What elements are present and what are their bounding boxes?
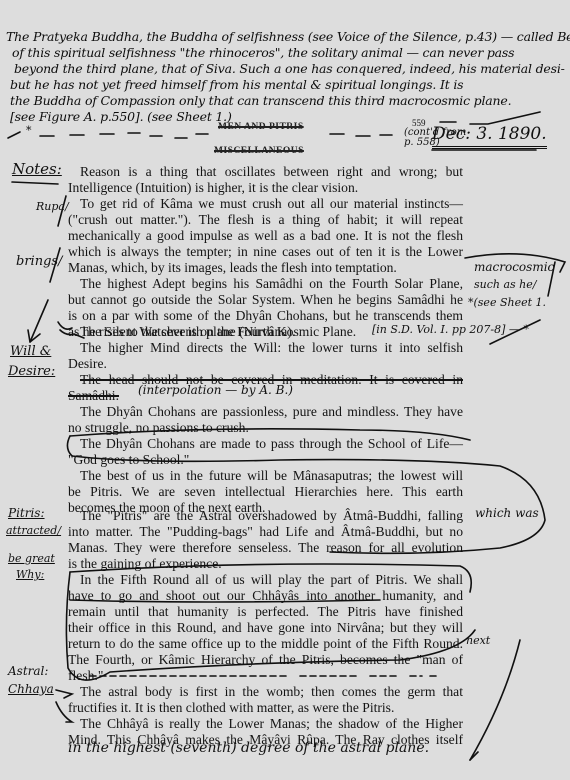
margin-note-be-great: be great (8, 552, 55, 565)
margin-note-macrocosmic: macrocosmic (474, 260, 554, 274)
paragraph-school-of-life: The Dhyân Chohans are made to pass throu… (68, 436, 463, 468)
text-line: but cannot go outside the Solar System. … (68, 292, 463, 308)
margin-note-rupa: Rupa/ (36, 200, 69, 213)
text-line: no struggle, no passions to crush. (68, 420, 463, 436)
margin-note-chhaya: Chhaya (8, 682, 54, 696)
text-line: which is always the tempter; in nine cas… (68, 244, 463, 260)
header-asterisk: * (26, 124, 31, 138)
margin-note-next: next (466, 634, 490, 647)
text-line: their office in this Round, and have gon… (68, 620, 463, 636)
text-line: The head should not be covered in medita… (68, 372, 463, 388)
date-annotation: Dec: 3. 1890. (432, 124, 547, 149)
text-line: Manas. They were therefore senseless. Th… (68, 540, 463, 556)
paragraph-reason: Reason is a thing that oscillates betwee… (68, 164, 463, 196)
margin-note-pitris: Pitris: (8, 506, 45, 520)
text-line: Reason is a thing that oscillates betwee… (68, 164, 463, 180)
paragraph-astral-body: The astral body is first in the womb; th… (68, 684, 463, 716)
text-line: The astral body is first in the womb; th… (68, 684, 463, 700)
text-line: return to do the same office up to the m… (68, 636, 463, 652)
text-line: "God goes to School." (68, 452, 463, 468)
paragraph-fifth-round: In the Fifth Round all of us will play t… (68, 572, 463, 684)
header-line: The Pratyeka Buddha, the Buddha of selfi… (6, 30, 570, 44)
margin-note-why: Why: (16, 568, 44, 581)
margin-note-will: Will & (10, 344, 51, 359)
text-line: The Dhyân Chohans are made to pass throu… (68, 436, 463, 452)
text-line: The higher Mind directs the Will: the lo… (68, 340, 463, 356)
text-line: into matter. The "Pudding-bags" had Life… (68, 524, 463, 540)
header-line: of this spiritual selfishness "the rhino… (12, 46, 514, 60)
paragraph-pitris-astral: The "Pitris" are the Astral overshadowed… (68, 508, 463, 572)
text-line: The best of us in the future will be Mân… (68, 468, 463, 484)
margin-note-astral: Astral: (8, 664, 48, 678)
text-line: The highest Adept begins his Samâdhi on … (68, 276, 463, 292)
paragraph-struck-head-covered: The head should not be covered in medita… (68, 372, 463, 404)
struck-heading-miscellaneous: MISCELLANEOUS (214, 146, 304, 156)
text-line: is on a par with some of the Dhyân Choha… (68, 308, 463, 324)
header-line: beyond the third plane, that of Siva. Su… (14, 62, 565, 76)
text-line: remain until that humanity is perfected.… (68, 604, 463, 620)
text-line: The Dhyân Chohans are passionless, pure … (68, 404, 463, 420)
margin-note-such-as-he: such as he/ (474, 278, 536, 291)
paragraph-silent-watcher: The Silent Watcher is on the Fourth Kosm… (68, 324, 378, 340)
paragraph-higher-mind: The higher Mind directs the Will: the lo… (68, 340, 463, 372)
text-line: have to go and shoot out our Chhâyâs int… (68, 588, 463, 604)
paragraph-dhyan-passionless: The Dhyân Chohans are passionless, pure … (68, 404, 463, 436)
margin-note-see-sheet: *(see Sheet 1. (468, 296, 546, 309)
struck-heading-men-and-pitris: MEN AND PITRIS (218, 122, 304, 132)
text-line: fructifies it. It is then clothed with m… (68, 700, 463, 716)
text-line: mechanically a good impulse as well as a… (68, 228, 463, 244)
text-line: The Chhâyâ is really the Lower Manas; th… (68, 716, 463, 732)
text-line: The Fourth, or Kâmic Hierarchy of the Pi… (68, 652, 463, 668)
text-line: To get rid of Kâma we must crush out all… (68, 196, 463, 212)
text-line: The Silent Watcher is on the Fourth Kosm… (68, 324, 378, 340)
margin-note-brings: brings/ (16, 254, 62, 269)
text-line: Mind. This Chhâyâ makes the Mâyâvi Rûpa.… (68, 732, 463, 748)
margin-note-attracted: attracted/ (6, 524, 61, 537)
text-line: be Pitris. We are seven intellectual Hie… (68, 484, 463, 500)
paragraph-kama: To get rid of Kâma we must crush out all… (68, 196, 463, 276)
text-line: ("crush out matter."). The flesh is a th… (68, 212, 463, 228)
text-line: Intelligence (Intuition) is higher, it i… (68, 180, 463, 196)
margin-note-desire: Desire: (8, 364, 55, 379)
paragraph-chhaya: The Chhâyâ is really the Lower Manas; th… (68, 716, 463, 748)
header-line: but he has not yet freed himself from hi… (10, 78, 463, 92)
header-line: [see Figure A. p.550]. (see Sheet 1.) (10, 110, 232, 124)
margin-note-notes: Notes: (12, 160, 62, 178)
text-line: Desire. (68, 356, 463, 372)
manuscript-page: The Pratyeka Buddha, the Buddha of selfi… (0, 0, 570, 780)
text-line: The "Pitris" are the Astral overshadowed… (68, 508, 463, 524)
text-line: In the Fifth Round all of us will play t… (68, 572, 463, 588)
text-line: Samâdhi. (68, 388, 128, 404)
header-line: the Buddha of Compassion only that can t… (10, 94, 511, 108)
margin-note-which-was: which was (475, 506, 539, 520)
text-line: Manas, which, by its images, leads the f… (68, 260, 463, 276)
text-line: flesh." (68, 668, 463, 684)
text-line: is the gaining of experience. (68, 556, 463, 572)
